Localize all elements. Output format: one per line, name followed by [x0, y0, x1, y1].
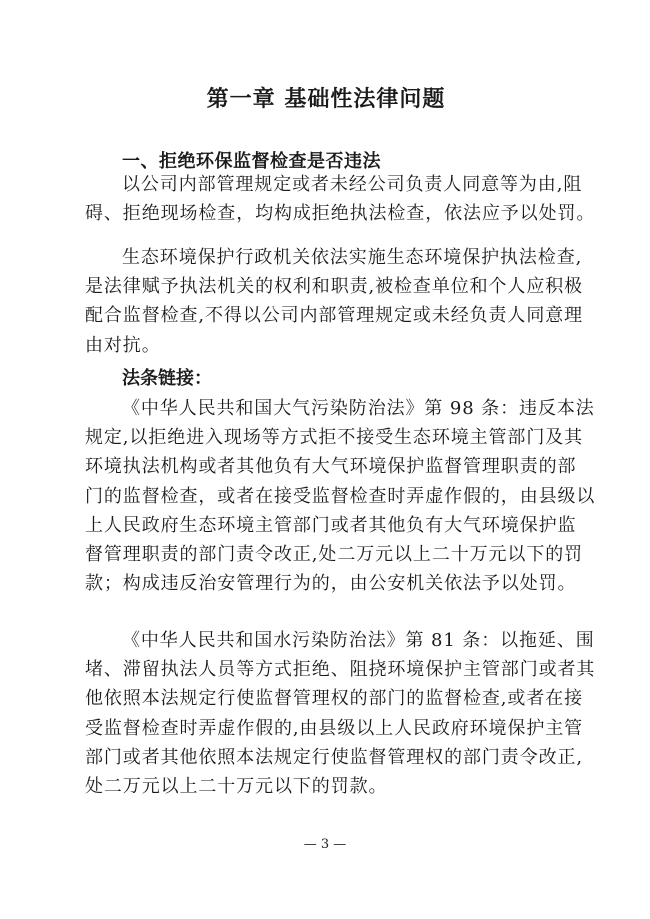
- body-paragraph-2: 生态环境保护行政机关依法实施生态环境保护执法检查, 是法律赋予执法机关的权利和职…: [85, 243, 567, 360]
- text-line: 是法律赋予执法机关的权利和职责,被检查单位和个人应积极: [85, 272, 567, 301]
- text-line: 碍、拒绝现场检查，均构成拒绝执法检查，依法应予以处罚。: [85, 199, 567, 228]
- chapter-title: 第一章 基础性法律问题: [85, 84, 567, 114]
- text-line: 配合监督检查,不得以公司内部管理规定或未经负责人同意理: [85, 301, 567, 330]
- text-line: 受监督检查时弄虚作假的,由县级以上人民政府环境保护主管: [85, 714, 567, 743]
- page-number: — 3 —: [0, 836, 650, 854]
- text-line: 堵、滞留执法人员等方式拒绝、阻挠环境保护主管部门或者其: [85, 655, 567, 684]
- text-line: 环境执法机构或者其他负有大气环境保护监督管理职责的部: [85, 452, 567, 481]
- law-article-air-pollution: 《中华人民共和国大气污染防治法》第 98 条：违反本法 规定,以拒绝进入现场等方…: [85, 394, 567, 598]
- text-line: 部门或者其他依照本法规定行使监督管理权的部门责令改正,: [85, 743, 567, 772]
- text-line: 《中华人民共和国水污染防治法》第 81 条：以拖延、围: [85, 626, 567, 655]
- text-line: 他依照本法规定行使监督管理权的部门的监督检查,或者在接: [85, 684, 567, 713]
- text-line: 处二万元以上二十万元以下的罚款。: [85, 772, 567, 801]
- text-line: 款；构成违反治安管理行为的，由公安机关依法予以处罚。: [85, 569, 567, 598]
- text-line: 《中华人民共和国大气污染防治法》第 98 条：违反本法: [85, 394, 567, 423]
- law-article-water-pollution: 《中华人民共和国水污染防治法》第 81 条：以拖延、围 堵、滞留执法人员等方式拒…: [85, 626, 567, 801]
- text-line: 由对抗。: [85, 331, 567, 360]
- text-line: 督管理职责的部门责令改正,处二万元以上二十万元以下的罚: [85, 540, 567, 569]
- text-line: 规定,以拒绝进入现场等方式拒不接受生态环境主管部门及其: [85, 423, 567, 452]
- text-line: 以公司内部管理规定或者未经公司负责人同意等为由,阻: [85, 170, 567, 199]
- text-line: 门的监督检查，或者在接受监督检查时弄虚作假的，由县级以: [85, 482, 567, 511]
- text-line: 上人民政府生态环境主管部门或者其他负有大气环境保护监: [85, 511, 567, 540]
- law-links-label: 法条链接：: [122, 365, 212, 393]
- body-paragraph-1: 以公司内部管理规定或者未经公司负责人同意等为由,阻 碍、拒绝现场检查，均构成拒绝…: [85, 170, 567, 228]
- text-line: 生态环境保护行政机关依法实施生态环境保护执法检查,: [85, 243, 567, 272]
